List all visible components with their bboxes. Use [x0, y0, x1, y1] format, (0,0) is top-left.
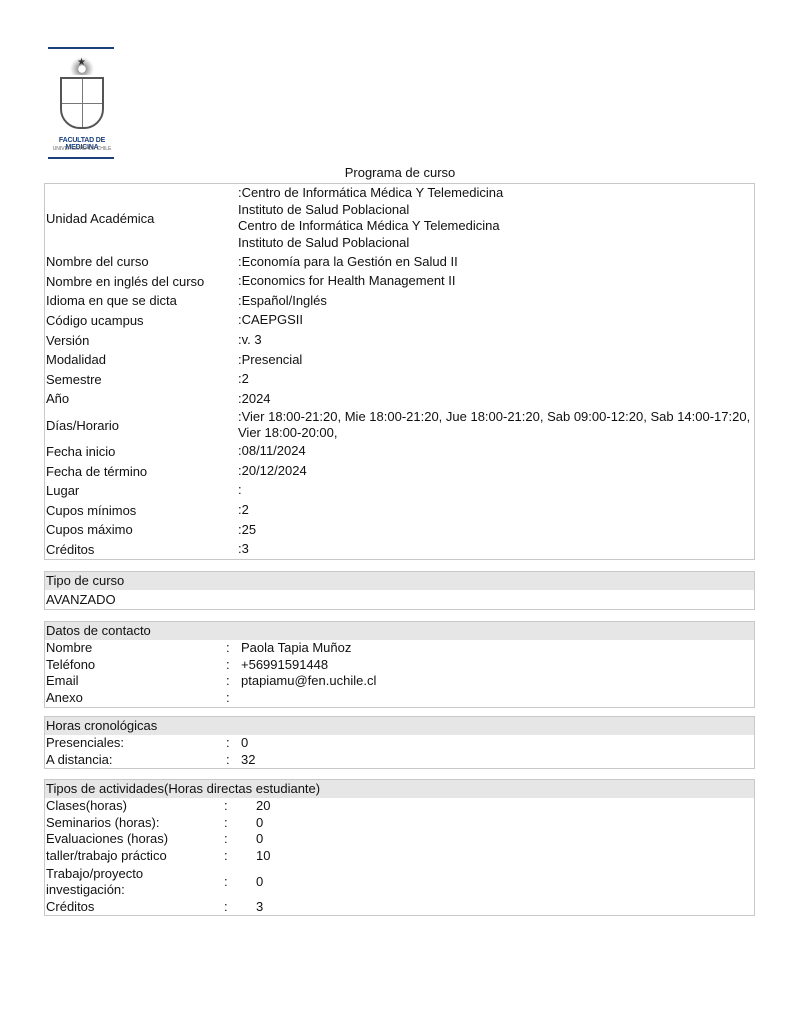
- contacto-label: Anexo: [45, 690, 226, 707]
- info-row: Cupos máximo:25: [45, 520, 754, 540]
- info-row: Fecha de término:20/12/2024: [45, 461, 754, 481]
- actividades-separator: :: [224, 848, 256, 865]
- actividades-label: taller/trabajo práctico: [45, 848, 224, 865]
- info-label: Nombre del curso: [45, 254, 238, 269]
- info-label: Créditos: [45, 542, 238, 557]
- actividades-separator: :: [224, 831, 256, 848]
- activities-section: Tipos de actividades(Horas directas estu…: [44, 779, 755, 916]
- info-label: Cupos mínimos: [45, 503, 238, 518]
- info-row: Unidad Académica:Centro de Informática M…: [45, 184, 754, 252]
- actividades-row: Clases(horas):20: [45, 798, 754, 815]
- course-type-value: AVANZADO: [45, 590, 754, 609]
- horas-label: A distancia:: [45, 752, 226, 769]
- contacto-separator: :: [226, 673, 241, 690]
- info-value: :: [238, 482, 754, 499]
- info-row: Versión:v. 3: [45, 330, 754, 350]
- horas-value: 0: [241, 735, 754, 752]
- info-value: :2: [238, 502, 754, 519]
- contacto-row: Anexo:: [45, 690, 754, 707]
- actividades-separator: :: [224, 798, 256, 815]
- contacto-separator: :: [226, 690, 241, 707]
- page-title: Programa de curso: [0, 165, 800, 180]
- logo-top-bar: [48, 47, 114, 49]
- info-row: Código ucampus:CAEPGSII: [45, 311, 754, 331]
- info-row: Días/Horario:Vier 18:00-21:20, Mie 18:00…: [45, 409, 754, 442]
- contacto-label: Email: [45, 673, 226, 690]
- info-row: Idioma en que se dicta:Español/Inglés: [45, 291, 754, 311]
- info-row: Modalidad:Presencial: [45, 350, 754, 370]
- actividades-value: 3: [256, 899, 754, 916]
- info-value: :Economía para la Gestión en Salud II: [238, 254, 754, 271]
- info-label: Unidad Académica: [45, 211, 238, 226]
- actividades-label: Seminarios (horas):: [45, 815, 224, 832]
- actividades-separator: :: [224, 874, 256, 890]
- horas-row: Presenciales::0: [45, 735, 754, 752]
- info-label: Semestre: [45, 372, 238, 387]
- contacto-row: Teléfono:+56991591448: [45, 657, 754, 674]
- info-value: :25: [238, 522, 754, 539]
- horas-label: Presenciales:: [45, 735, 226, 752]
- info-label: Lugar: [45, 483, 238, 498]
- info-value: :v. 3: [238, 332, 754, 349]
- contact-section: Datos de contacto Nombre:Paola Tapia Muñ…: [44, 621, 755, 708]
- hours-header: Horas cronológicas: [45, 717, 754, 735]
- contact-header: Datos de contacto: [45, 622, 754, 640]
- actividades-row: Créditos:3: [45, 899, 754, 916]
- actividades-label: Trabajo/proyecto investigación:: [45, 866, 196, 898]
- info-value: :Economics for Health Management II: [238, 273, 754, 290]
- info-row: Fecha inicio:08/11/2024: [45, 442, 754, 462]
- info-row: Créditos:3: [45, 540, 754, 560]
- activities-header: Tipos de actividades(Horas directas estu…: [45, 780, 754, 798]
- course-type-header: Tipo de curso: [45, 572, 754, 590]
- info-label: Fecha inicio: [45, 444, 238, 459]
- info-value: :Centro de Informática Médica Y Telemedi…: [238, 185, 754, 251]
- info-value: :2: [238, 371, 754, 388]
- info-label: Año: [45, 391, 238, 406]
- actividades-row: Evaluaciones (horas):0: [45, 831, 754, 848]
- info-row: Semestre:2: [45, 370, 754, 390]
- info-label: Cupos máximo: [45, 522, 238, 537]
- course-info-table: Unidad Académica:Centro de Informática M…: [44, 183, 755, 560]
- info-value: :3: [238, 541, 754, 558]
- info-label: Días/Horario: [45, 418, 238, 433]
- actividades-row: Trabajo/proyecto investigación::0: [45, 865, 754, 899]
- horas-separator: :: [226, 735, 241, 752]
- info-value: :Vier 18:00-21:20, Mie 18:00-21:20, Jue …: [238, 409, 754, 442]
- info-row: Cupos mínimos:2: [45, 501, 754, 521]
- info-row: Nombre en inglés del curso:Economics for…: [45, 272, 754, 292]
- hours-section: Horas cronológicas Presenciales::0A dist…: [44, 716, 755, 769]
- actividades-label: Clases(horas): [45, 798, 224, 815]
- contacto-label: Nombre: [45, 640, 226, 657]
- actividades-separator: :: [224, 815, 256, 832]
- shield-icon: [60, 77, 104, 129]
- logo-bottom-bar: [48, 157, 114, 159]
- info-label: Modalidad: [45, 352, 238, 367]
- contacto-value: [241, 690, 754, 707]
- contacto-row: Nombre:Paola Tapia Muñoz: [45, 640, 754, 657]
- info-row: Lugar:: [45, 481, 754, 501]
- contacto-label: Teléfono: [45, 657, 226, 674]
- contacto-value: ptapiamu@fen.uchile.cl: [241, 673, 754, 690]
- actividades-row: taller/trabajo práctico:10: [45, 848, 754, 865]
- info-label: Fecha de término: [45, 464, 238, 479]
- info-row: Año:2024: [45, 389, 754, 409]
- info-label: Nombre en inglés del curso: [45, 274, 238, 289]
- star-icon: ★: [77, 57, 86, 68]
- horas-separator: :: [226, 752, 241, 769]
- actividades-value: 20: [256, 798, 754, 815]
- info-value: :Presencial: [238, 352, 754, 369]
- actividades-row: Seminarios (horas)::0: [45, 815, 754, 832]
- horas-value: 32: [241, 752, 754, 769]
- course-type-section: Tipo de curso AVANZADO: [44, 571, 755, 610]
- faculty-logo: ★ FACULTAD DE MEDICINA UNIVERSIDAD DE CH…: [44, 45, 120, 160]
- info-row: Nombre del curso:Economía para la Gestió…: [45, 252, 754, 272]
- contacto-value: Paola Tapia Muñoz: [241, 640, 754, 657]
- actividades-value: 10: [256, 848, 754, 865]
- info-value: :2024: [238, 391, 754, 408]
- contacto-separator: :: [226, 640, 241, 657]
- info-value: :CAEPGSII: [238, 312, 754, 329]
- contacto-value: +56991591448: [241, 657, 754, 674]
- actividades-value: 0: [256, 815, 754, 832]
- actividades-value: 0: [256, 874, 754, 890]
- info-value: :Español/Inglés: [238, 293, 754, 310]
- info-value: :20/12/2024: [238, 463, 754, 480]
- actividades-label: Evaluaciones (horas): [45, 831, 224, 848]
- contacto-separator: :: [226, 657, 241, 674]
- info-label: Idioma en que se dicta: [45, 293, 238, 308]
- logo-university-name: UNIVERSIDAD DE CHILE: [44, 146, 120, 152]
- contacto-row: Email:ptapiamu@fen.uchile.cl: [45, 673, 754, 690]
- info-label: Código ucampus: [45, 313, 238, 328]
- actividades-label: Créditos: [45, 899, 224, 916]
- info-label: Versión: [45, 333, 238, 348]
- actividades-separator: :: [224, 899, 256, 916]
- horas-row: A distancia::32: [45, 752, 754, 769]
- actividades-value: 0: [256, 831, 754, 848]
- info-value: :08/11/2024: [238, 443, 754, 460]
